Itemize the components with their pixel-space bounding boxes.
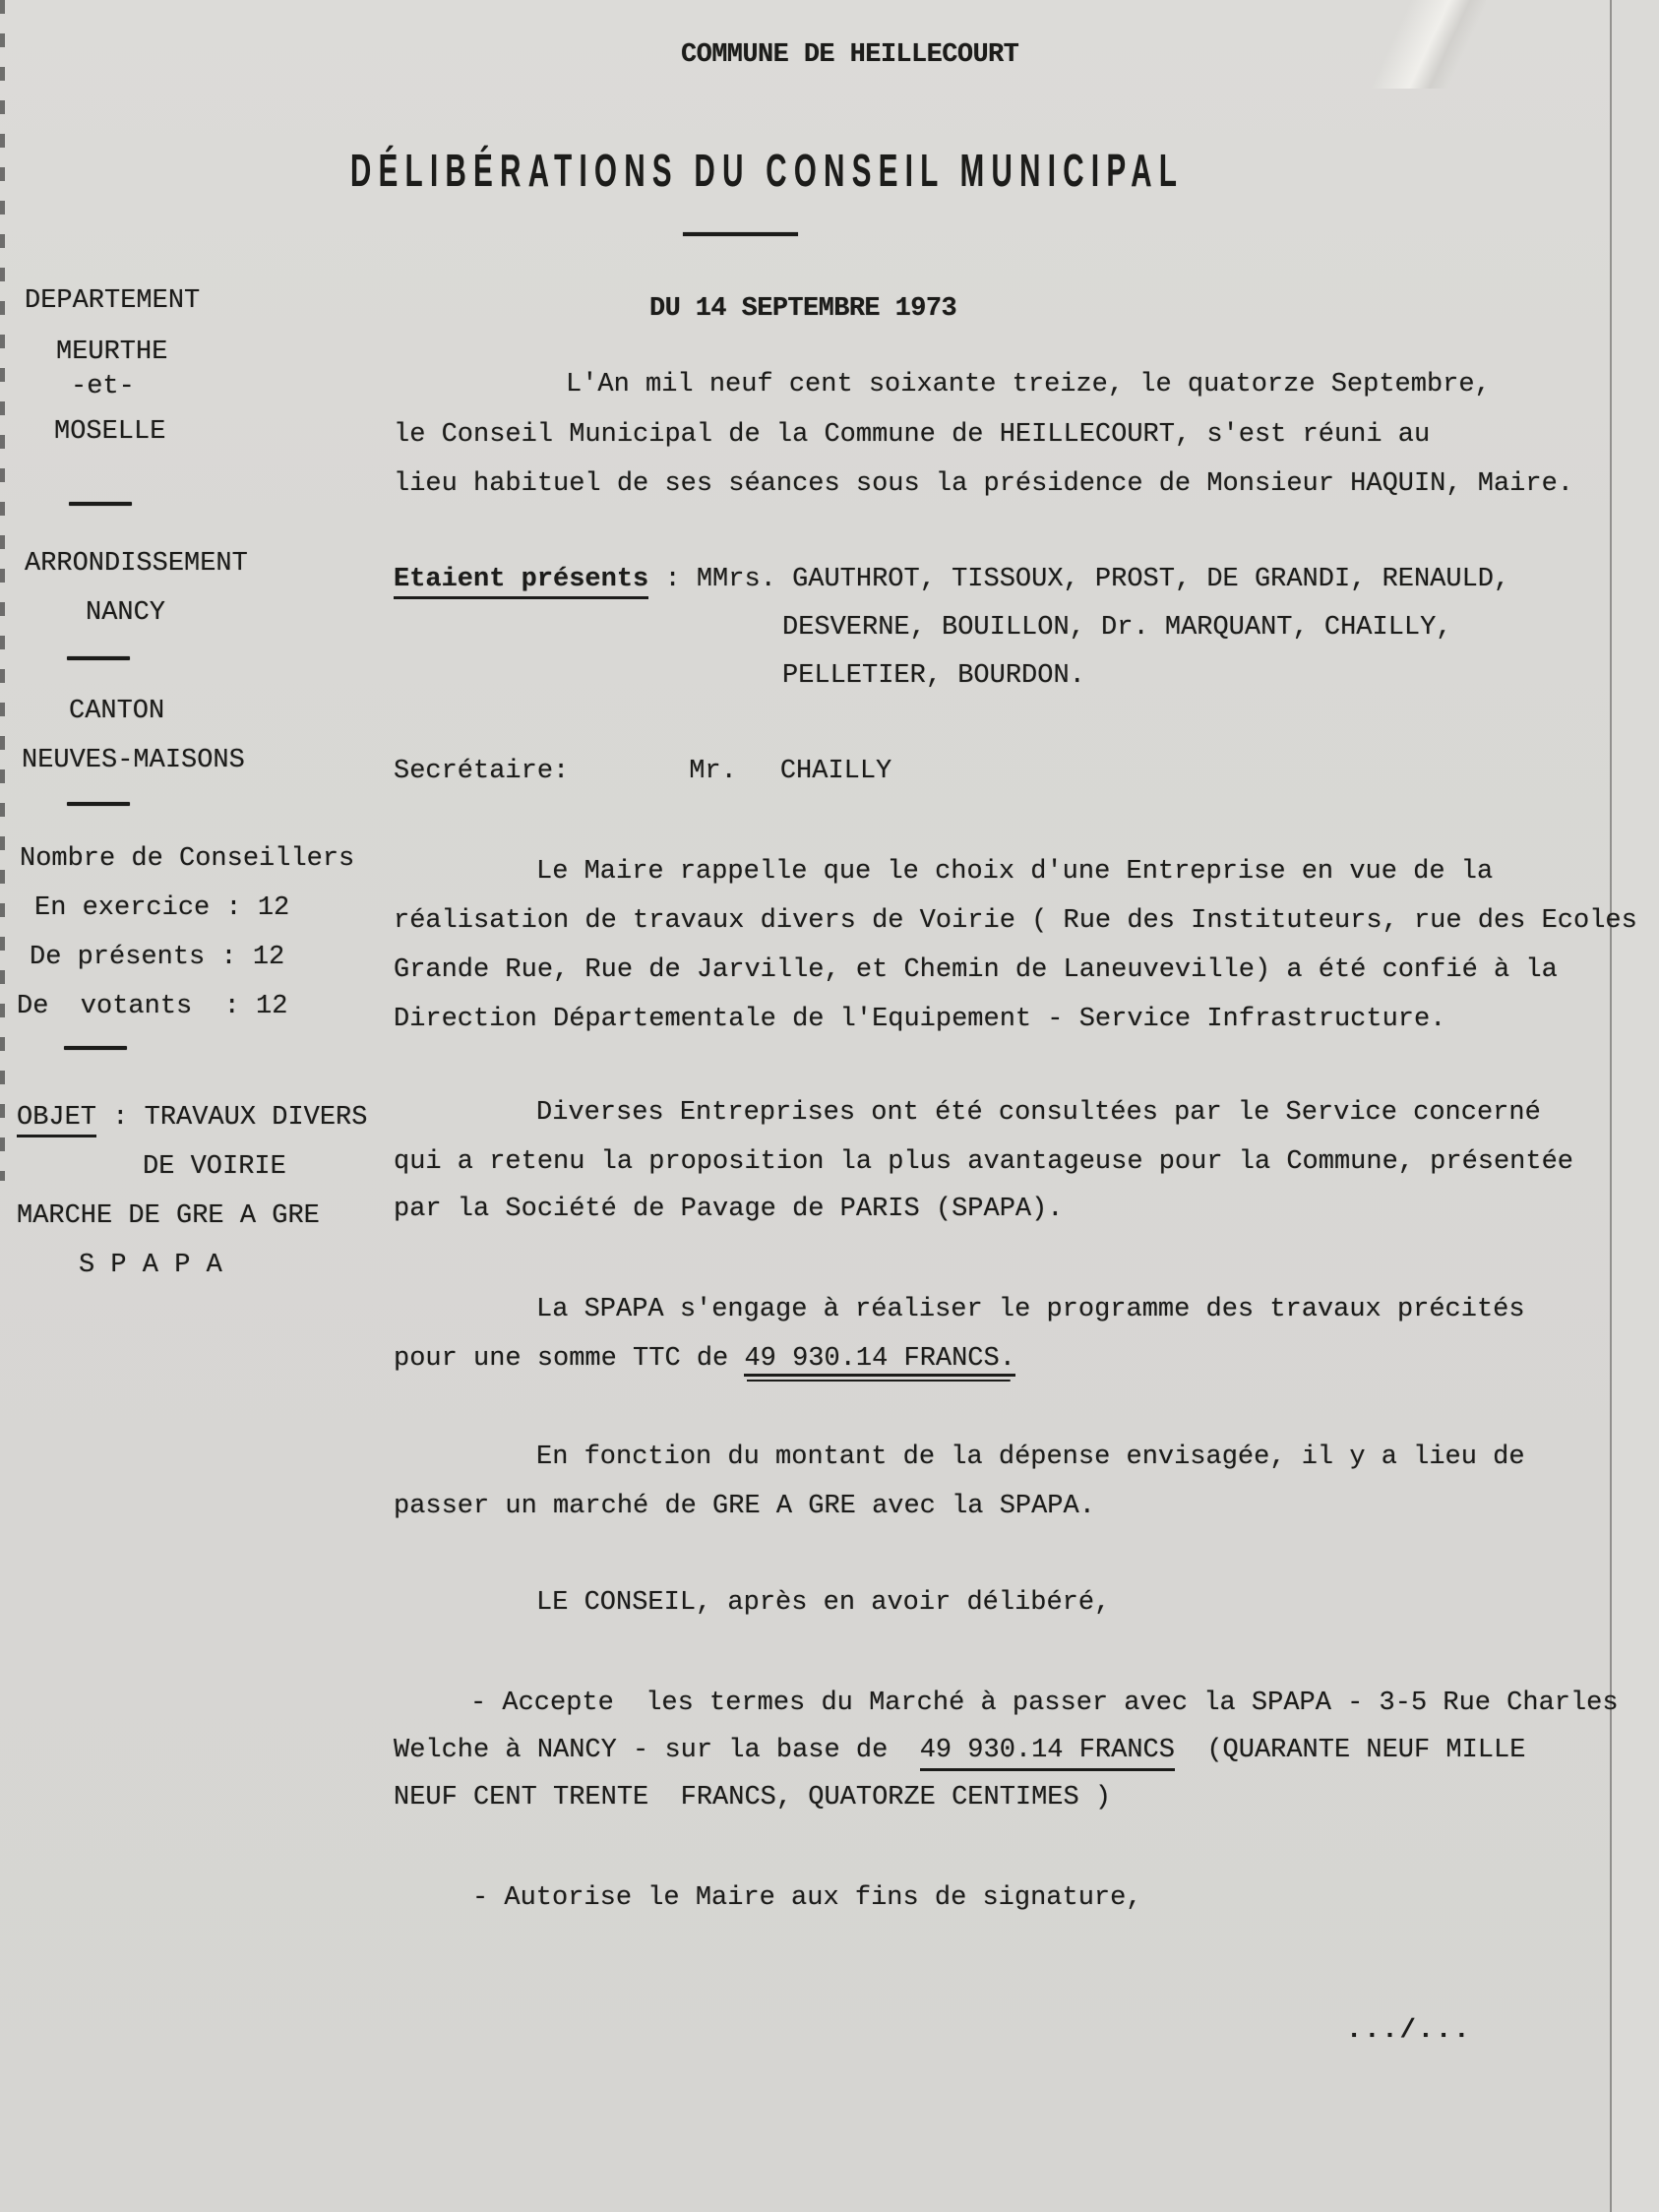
session-date: DU 14 SEPTEMBRE 1973: [649, 293, 956, 327]
para1-line4: Direction Départementale de l'Equipement…: [394, 1004, 1445, 1037]
margin-conseillers-title: Nombre de Conseillers: [20, 843, 354, 877]
para3-line2-pre: pour une somme TTC de: [394, 1344, 744, 1374]
paper-right-margin: [1612, 0, 1659, 2212]
commune-header: COMMUNE DE HEILLECOURT: [681, 39, 1018, 73]
opening-line1: L'An mil neuf cent soixante treize, le q…: [566, 369, 1491, 402]
accepte-line2-pre: Welche à NANCY - sur la base de: [394, 1736, 920, 1765]
margin-canton-label: CANTON: [69, 696, 164, 729]
objet-label: OBJET: [17, 1103, 96, 1137]
document-page: COMMUNE DE HEILLECOURT DÉLIBÉRATIONS DU …: [0, 0, 1659, 2212]
attendance-names-3: PELLETIER, BOURDON.: [782, 660, 1085, 694]
secretary-name: CHAILLY: [780, 756, 891, 789]
margin-divider-rule: [67, 656, 130, 660]
attendance-sep: :: [648, 565, 697, 594]
margin-objet-line4: S P A P A: [79, 1250, 222, 1283]
margin-departement-et: -et-: [71, 371, 135, 404]
para3-line1: La SPAPA s'engage à réaliser le programm…: [536, 1294, 1525, 1327]
opening-line3: lieu habituel de ses séances sous la pré…: [394, 468, 1573, 502]
accepte-line2-post: (QUARANTE NEUF MILLE: [1175, 1736, 1525, 1765]
margin-departement-moselle: MOSELLE: [54, 416, 165, 450]
margin-departement-label: DEPARTEMENT: [25, 285, 200, 319]
attendance-label: Etaient présents: [394, 565, 648, 599]
secretary-label: Secrétaire:: [394, 756, 569, 789]
margin-divider-rule: [64, 1046, 127, 1050]
secretary-title: Mr.: [689, 756, 737, 789]
para2-line3: par la Société de Pavage de PARIS (SPAPA…: [394, 1194, 1064, 1227]
para3-line2: pour une somme TTC de 49 930.14 FRANCS.: [394, 1343, 1015, 1377]
para1-line2: réalisation de travaux divers de Voirie …: [394, 905, 1637, 939]
attendance-names-2: DESVERNE, BOUILLON, Dr. MARQUANT, CHAILL…: [782, 612, 1452, 645]
paper-corner-fold: [1269, 0, 1486, 89]
paper-right-edge-line: [1610, 0, 1612, 2212]
margin-arrondissement-nancy: NANCY: [86, 597, 165, 631]
continuation-mark: .../...: [1346, 2015, 1471, 2049]
para1-line1: Le Maire rappelle que le choix d'une Ent…: [536, 856, 1493, 890]
margin-objet-line3: MARCHE DE GRE A GRE: [17, 1200, 320, 1234]
margin-objet-line1: OBJET : TRAVAUX DIVERS: [17, 1102, 367, 1136]
margin-divider-rule: [67, 802, 130, 806]
autorise-line: - Autorise le Maire aux fins de signatur…: [472, 1882, 1142, 1916]
paper-left-torn-edge: [0, 0, 5, 1181]
attendance-names-1: MMrs. GAUTHROT, TISSOUX, PROST, DE GRAND…: [697, 565, 1509, 594]
margin-departement-meurthe: MEURTHE: [56, 337, 167, 370]
objet-rest: : TRAVAUX DIVERS: [96, 1103, 367, 1133]
para4-line1: En fonction du montant de la dépense env…: [536, 1442, 1525, 1475]
margin-divider-rule: [69, 502, 132, 506]
margin-canton-neuves-maisons: NEUVES-MAISONS: [22, 745, 245, 778]
accepte-line3: NEUF CENT TRENTE FRANCS, QUATORZE CENTIM…: [394, 1782, 1111, 1815]
margin-arrondissement-label: ARRONDISSEMENT: [25, 548, 248, 582]
amount-ttc: 49 930.14 FRANCS.: [744, 1344, 1014, 1382]
accepte-line1: - Accepte les termes du Marché à passer …: [470, 1688, 1619, 1721]
accepte-line2: Welche à NANCY - sur la base de 49 930.1…: [394, 1735, 1525, 1768]
attendance-line1: Etaient présents : MMrs. GAUTHROT, TISSO…: [394, 564, 1509, 597]
document-title: DÉLIBÉRATIONS DU CONSEIL MUNICIPAL: [350, 144, 1184, 197]
amount-accepted: 49 930.14 FRANCS: [920, 1736, 1175, 1771]
margin-objet-line2: DE VOIRIE: [143, 1151, 286, 1185]
margin-conseillers-exercice: En exercice : 12: [34, 892, 289, 926]
title-underline-rule: [683, 232, 798, 236]
margin-conseillers-votants: De votants : 12: [17, 991, 287, 1024]
para4-line2: passer un marché de GRE A GRE avec la SP…: [394, 1491, 1095, 1524]
conseil-line: LE CONSEIL, après en avoir délibéré,: [536, 1587, 1110, 1621]
secretary-line: Secrétaire: Mr. CHAILLY: [394, 756, 891, 789]
para2-line2: qui a retenu la proposition la plus avan…: [394, 1146, 1573, 1180]
para2-line1: Diverses Entreprises ont été consultées …: [536, 1097, 1541, 1131]
margin-conseillers-presents: De présents : 12: [30, 942, 284, 975]
opening-line2: le Conseil Municipal de la Commune de HE…: [394, 419, 1430, 453]
para1-line3: Grande Rue, Rue de Jarville, et Chemin d…: [394, 954, 1558, 988]
